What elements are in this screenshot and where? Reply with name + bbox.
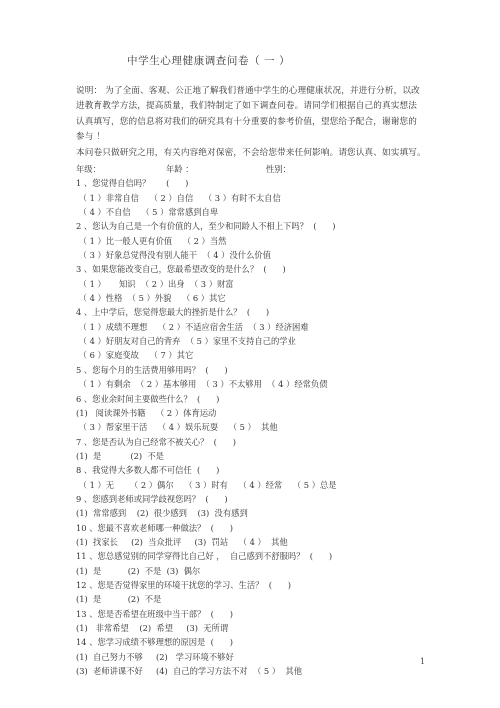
question-12: 12 、您是否觉得家里的环境干扰您的学习、生活？ ( )	[76, 578, 436, 592]
question-6-options: (1) 阅读课外书籍 （ 2 ）体育运动	[76, 406, 436, 420]
question-8-options: （ 1 ）无 （ 2 ）偶尔 （ 3 ）时有 （ 4 ）经常 （ 5 ）总是	[76, 478, 436, 492]
question-4-options: （ 1 ）成绩不理想 （ 2 ）不适应宿舍生活 （ 3 ）经济困难	[76, 320, 436, 334]
question-7-options: (1) 是 (2) 不是	[76, 449, 436, 463]
question-14: 14 、您学习成绩不够理想的原因是 ( )	[76, 635, 436, 649]
question-9-options: (1) 常常感到 (2) 很少感到 (3) 没有感到	[76, 506, 436, 520]
question-4-options: （ 4 ）好朋友对自己的背弃 （ 5 ）家里不支持自己的学业	[76, 334, 436, 348]
questionnaire-body: 年级： 年龄 ： 性别： 1 、您觉得自信吗？ ( ) （ 1 ）非常自信 （ …	[76, 162, 436, 678]
age-field[interactable]: 年龄 ：	[166, 162, 266, 176]
question-8: 8 、我觉得大多数人都不可信任 ( )	[76, 463, 436, 477]
intro-line: 参与 ！	[76, 130, 428, 145]
page-number: 1	[420, 657, 425, 666]
question-1-options: （ 1 ）非常自信 （ 2 ）自信 （ 3 ）有时不太自信	[76, 191, 436, 205]
document-page: 中学生心理健康调查问卷（ 一 ） 说明： 为了全面、客观、公正地了解我们普通中学…	[0, 0, 500, 708]
grade-field[interactable]: 年级：	[76, 162, 166, 176]
question-10-options: (1) 找家长 (2) 当众批评 (3) 罚站 （ 4 ） 其他	[76, 535, 436, 549]
question-5-options: （ 1 ）有剩余 （ 2 ）基本够用 （ 3 ）不太够用 （ 4 ）经常负债	[76, 377, 436, 391]
question-14-options: (1) 自己努力不够 (2) 学习环境不够好	[76, 650, 436, 664]
question-3: 3 、如果您能改变自己，您最希望改变的是什么？ ( )	[76, 262, 436, 276]
question-10: 10 、您最不喜欢老师哪一种做法？ ( )	[76, 521, 436, 535]
question-4: 4 、上中学后，您觉得您最大的挫折是什么？ ( )	[76, 305, 436, 319]
question-13: 13 、您是否希望在班级中当干部？ ( )	[76, 607, 436, 621]
gender-field[interactable]: 性别：	[266, 162, 291, 176]
question-11-options: (1) 是 (2) 不是 (3) 偶尔	[76, 564, 436, 578]
question-12-options: (1) 是 (2) 不是	[76, 592, 436, 606]
question-13-options: (1) 非常希望 (2) 希望 (3) 无所谓	[76, 621, 436, 635]
intro-line: 进教育教学方法，提高质量，我们特制定了如下调查问卷。请同学们根据自己的真实想法	[76, 99, 428, 114]
question-2: 2 、您认为自己是一个有价值的人，至少和同龄人不相上下吗？ ( )	[76, 219, 436, 233]
intro-line: 认真填写，您的信息将对我们的研究具有十分重要的参考价值，望您给予配合，谢谢您的	[76, 115, 428, 130]
intro-paragraph: 说明： 为了全面、客观、公正地了解我们普通中学生的心理健康状况，并进行分析，以改…	[76, 84, 428, 161]
question-6-options: （ 3 ）帮家里干活 （ 4 ）娱乐玩耍 （ 5 ） 其他	[76, 420, 436, 434]
question-3-options: （ 4 ）性格 （ 5 ）外貌 （ 6 ）其它	[76, 291, 436, 305]
intro-line: 说明： 为了全面、客观、公正地了解我们普通中学生的心理健康状况，并进行分析，以改	[76, 84, 428, 99]
question-5: 5 、您每个月的生活费用够用吗？ ( )	[76, 363, 436, 377]
respondent-info-row: 年级： 年龄 ： 性别：	[76, 162, 436, 176]
question-14-options: (3) 老师讲课不好 (4) 自己的学习方法不对 （ 5 ） 其他	[76, 664, 436, 678]
question-4-options: （ 6 ）家庭变故 （ 7 ）其它	[76, 348, 436, 362]
question-6: 6 、您业余时间主要做些什么？ ( )	[76, 392, 436, 406]
question-2-options: （ 1 ）比一般人更有价值 （ 2 ）当然	[76, 234, 436, 248]
question-1-options: （ 4 ）不自信 （ 5 ）常常感到自卑	[76, 205, 436, 219]
intro-line: 本问卷只做研究之用，有关内容绝对保密，不会给您带来任何影响。请您认真、如实填写。	[76, 146, 428, 161]
document-title: 中学生心理健康调查问卷（ 一 ）	[0, 53, 500, 68]
question-3-options: （ 1 ） 知识 （ 2 ）出身 （ 3 ）财富	[76, 277, 436, 291]
question-7: 7 、您是否认为自己经常不被关心？ ( )	[76, 435, 436, 449]
question-11: 11 、您总感觉别的同学穿得比自己好 ， 自己感到不舒服吗？ ( )	[76, 549, 436, 563]
question-2-options: （ 3 ）好象总觉得没有别人能干 （ 4 ）没什么价值	[76, 248, 436, 262]
question-9: 9 、您感到老师或同学歧视您吗？ ( )	[76, 492, 436, 506]
question-1: 1 、您觉得自信吗？ ( )	[76, 176, 436, 190]
